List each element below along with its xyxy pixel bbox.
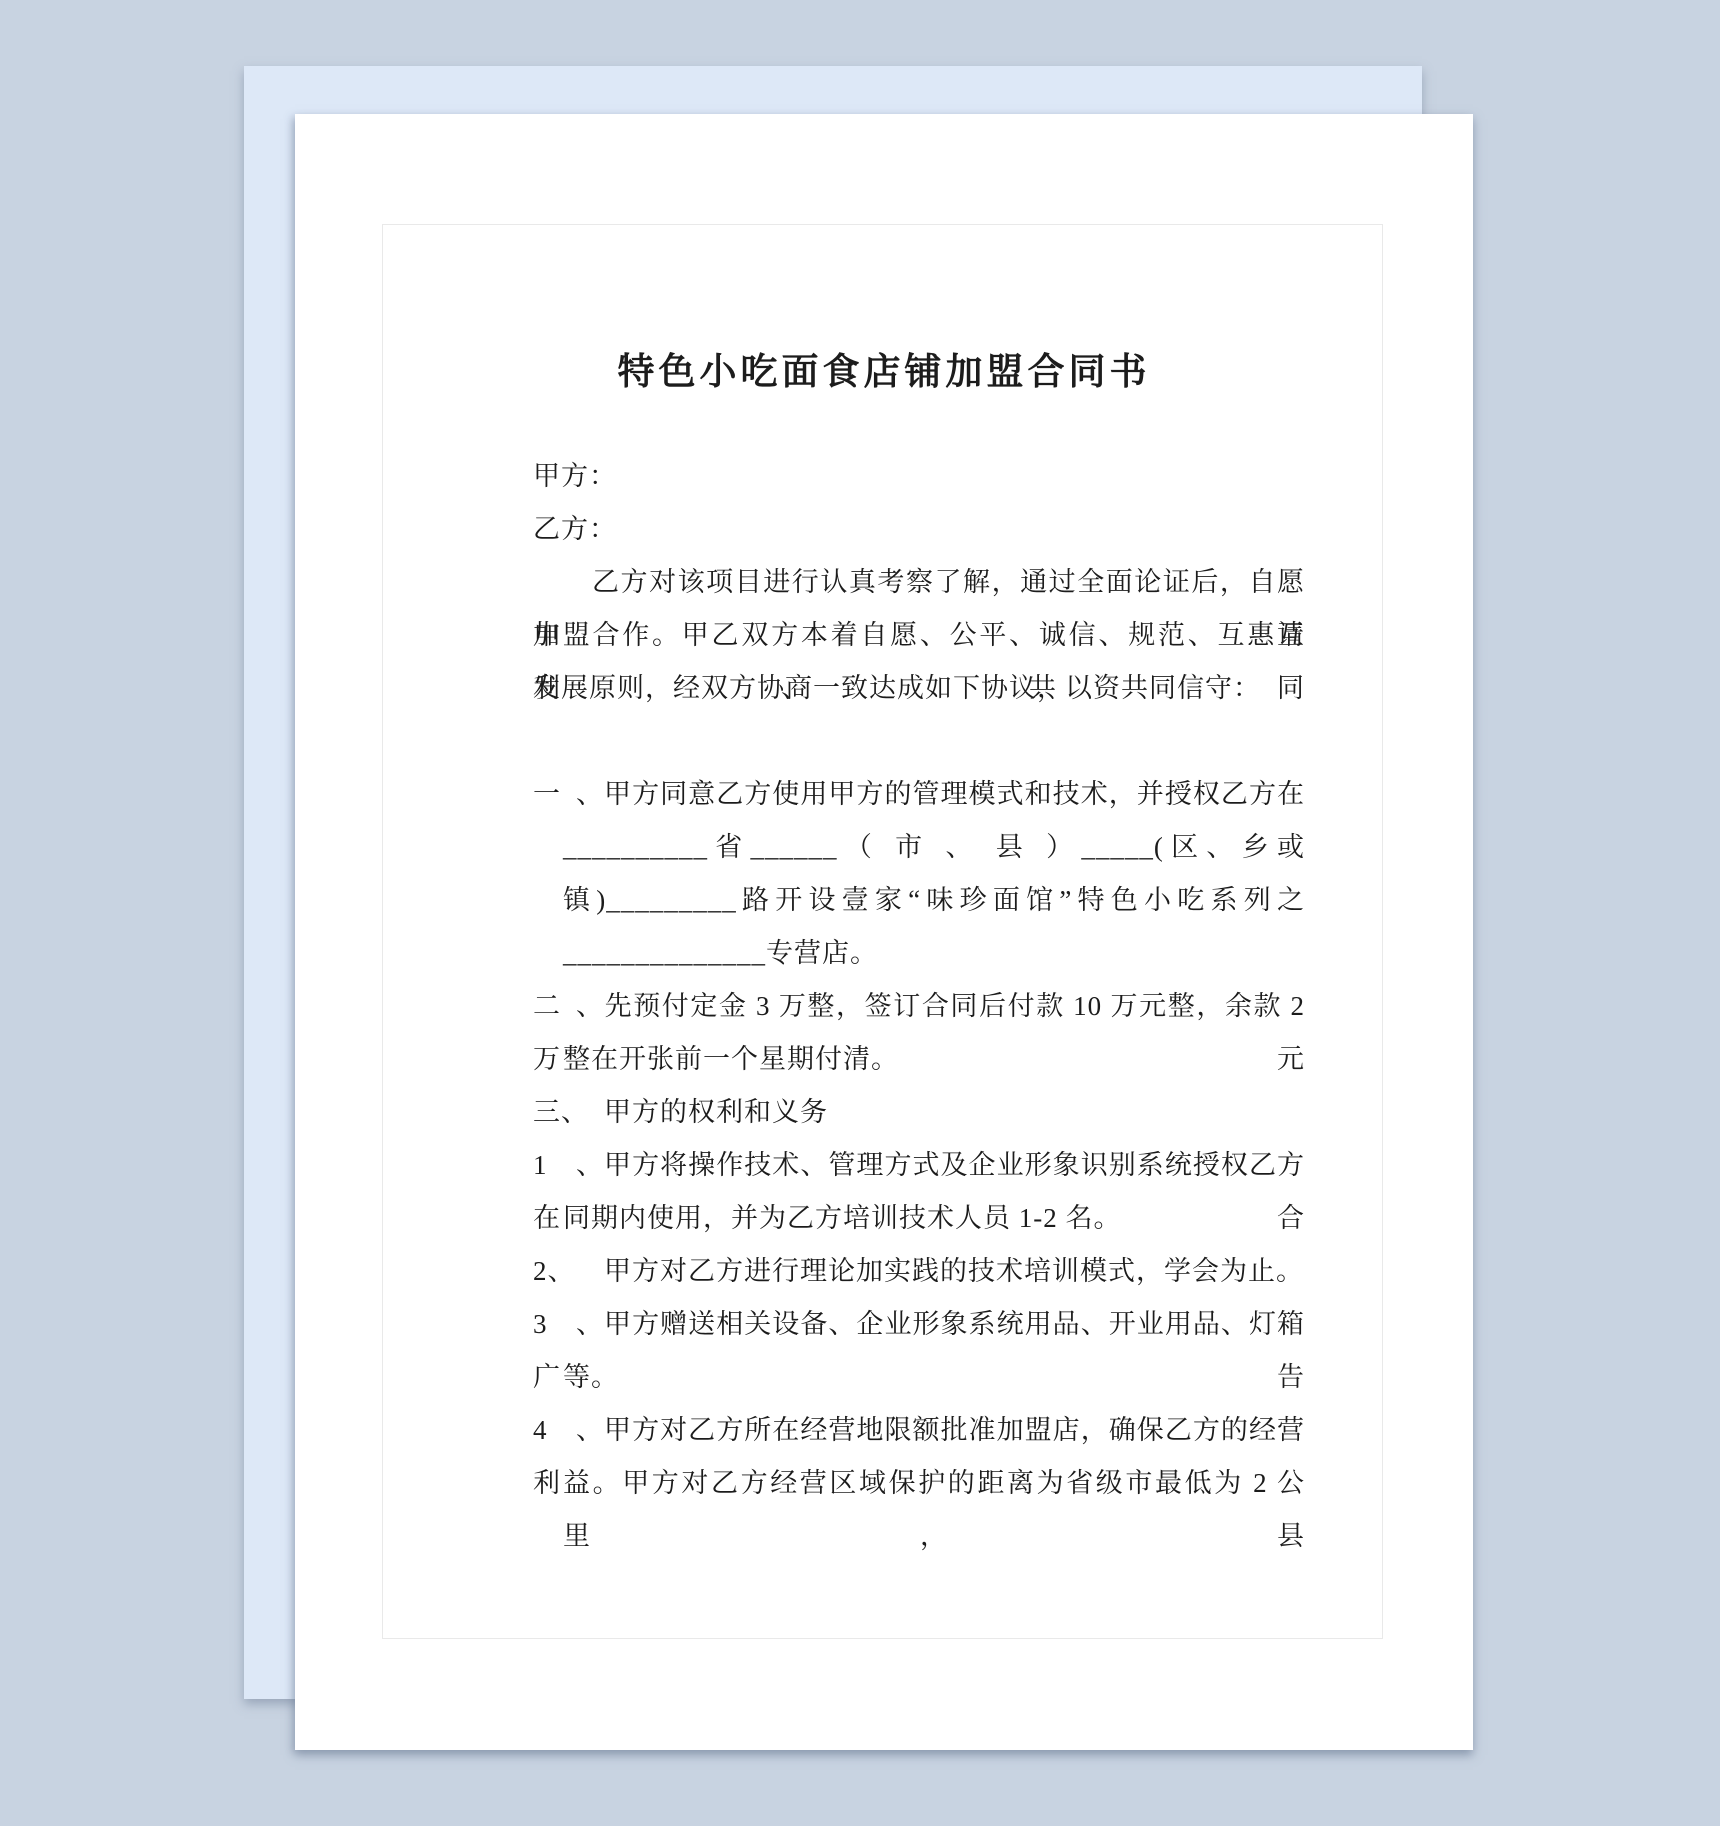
contract-line: 4、甲方对乙方所在经营地限额批准加盟店，确保乙方的经营利	[533, 1404, 1305, 1457]
contract-line: 益。甲方对乙方经营区域保护的距离为省级市最低为 2 公里，县	[533, 1457, 1305, 1510]
clause-number: 3、	[533, 1298, 604, 1351]
contract-page: 特色小吃面食店铺加盟合同书 甲方：乙方：乙方对该项目进行认真考察了解，通过全面论…	[295, 114, 1473, 1750]
contract-line: ______________专营店。	[533, 927, 1305, 980]
clause-number: 三、	[533, 1086, 604, 1139]
contract-line: 三、甲方的权利和义务	[533, 1086, 1305, 1139]
desk-background: 特色小吃面食店铺加盟合同书 甲方：乙方：乙方对该项目进行认真考察了解，通过全面论…	[0, 0, 1720, 1826]
clause-number: 一、	[533, 768, 604, 821]
contract-line: 镇)_________路开设壹家“味珍面馆”特色小吃系列之	[533, 874, 1305, 927]
contract-line: __________省______（ 市 、 县 ）_____(区、乡或	[533, 821, 1305, 874]
contract-line: 乙方对该项目进行认真考察了解，通过全面论证后，自愿申请	[533, 556, 1305, 609]
clause-number: 1、	[533, 1139, 604, 1192]
contract-line: 3、甲方赠送相关设备、企业形象系统用品、开业用品、灯箱广告	[533, 1298, 1305, 1351]
clause-number: 二、	[533, 980, 604, 1033]
contract-line: 二、先预付定金 3 万整，签订合同后付款 10 万元整，余款 2 万元	[533, 980, 1305, 1033]
contract-line	[533, 715, 1305, 768]
contract-line: 加盟合作。甲乙双方本着自愿、公平、诚信、规范、互惠互利、共同	[533, 609, 1305, 662]
contract-line: 2、甲方对乙方进行理论加实践的技术培训模式，学会为止。	[533, 1245, 1305, 1298]
contract-line: 乙方：	[533, 503, 1305, 556]
clause-number: 4、	[533, 1404, 604, 1457]
contract-line: 一、甲方同意乙方使用甲方的管理模式和技术，并授权乙方在	[533, 768, 1305, 821]
contract-line: 发展原则，经双方协商一致达成如下协议，以资共同信守：	[533, 662, 1305, 715]
contract-line: 1、甲方将操作技术、管理方式及企业形象识别系统授权乙方在合	[533, 1139, 1305, 1192]
clause-number: 2、	[533, 1245, 604, 1298]
contract-title: 特色小吃面食店铺加盟合同书	[295, 341, 1473, 395]
contract-line: 甲方：	[533, 450, 1305, 503]
contract-body: 甲方：乙方：乙方对该项目进行认真考察了解，通过全面论证后，自愿申请加盟合作。甲乙…	[533, 450, 1305, 1510]
